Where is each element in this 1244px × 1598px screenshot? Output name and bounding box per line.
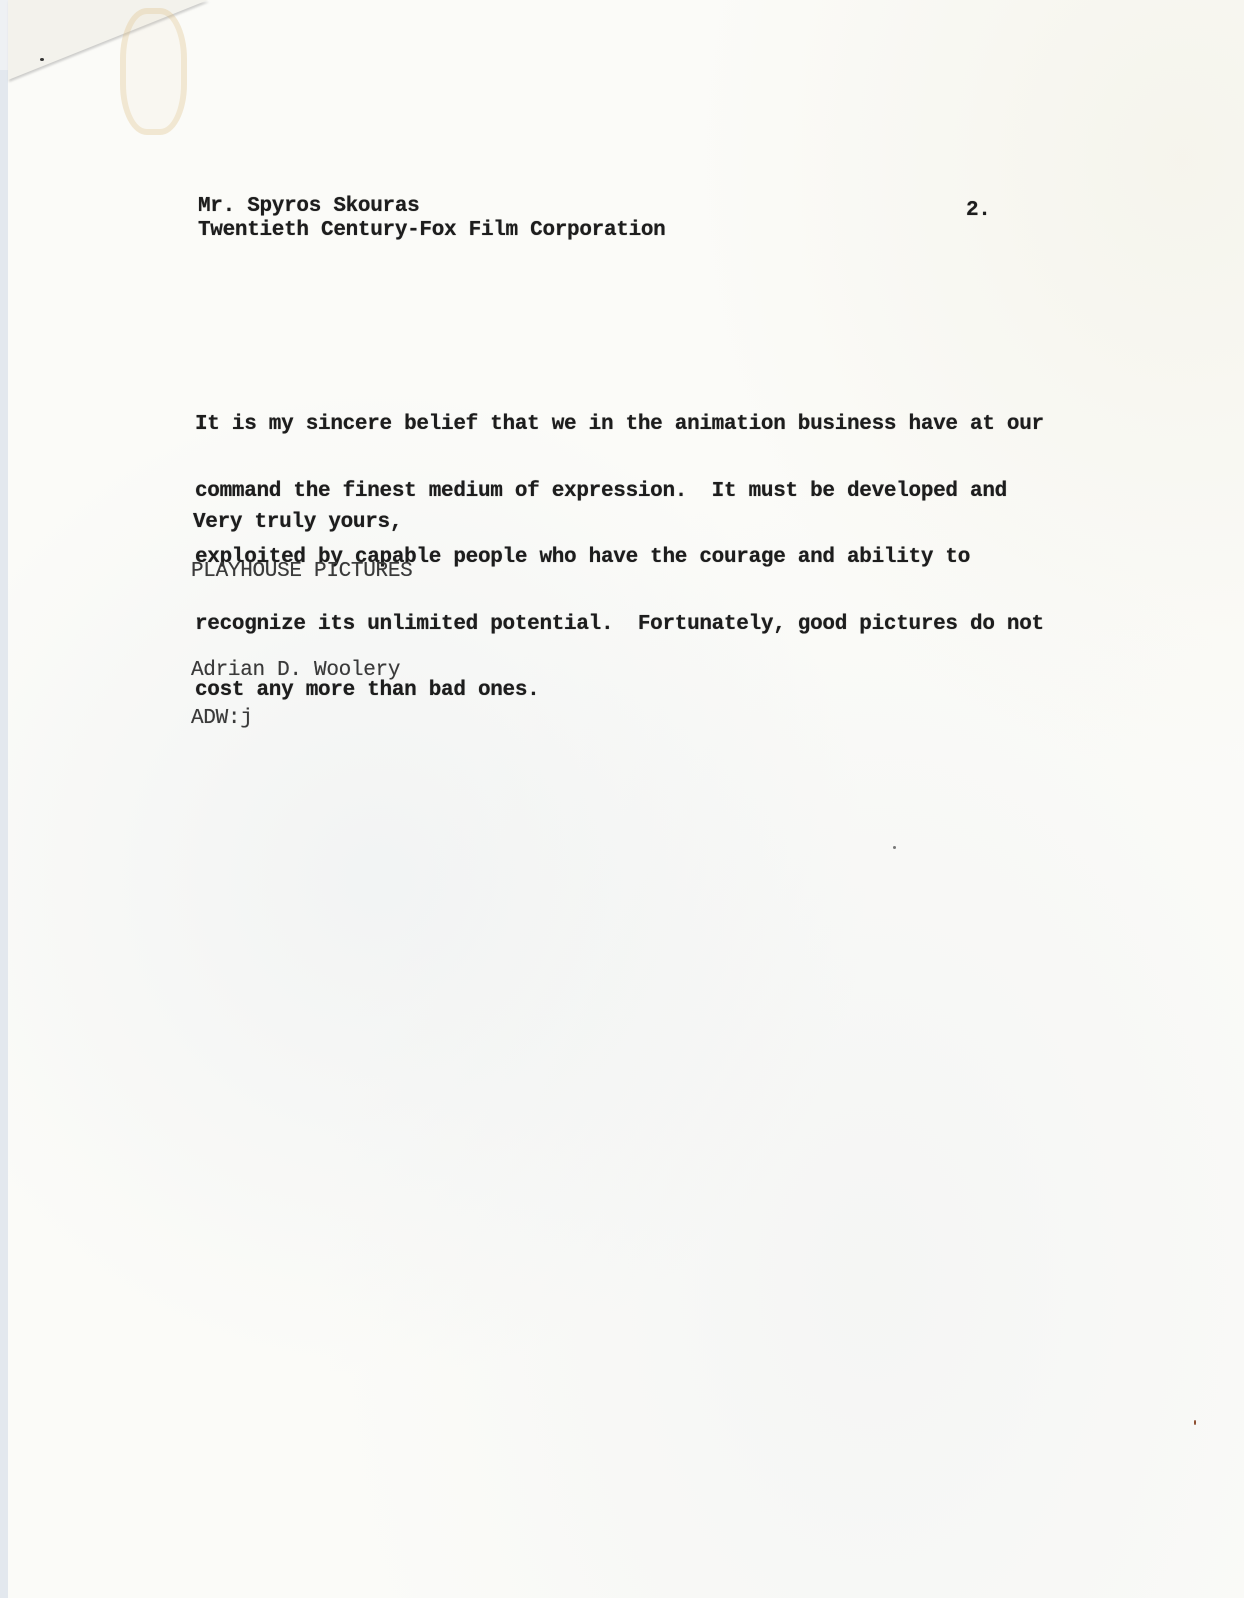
page-number: 2.: [966, 200, 991, 222]
body-line: command the finest medium of expression.…: [195, 481, 1044, 504]
letter-body: It is my sincere belief that we in the a…: [195, 370, 1044, 747]
recipient-name: Mr. Spyros Skouras: [198, 196, 419, 218]
reference-initials: ADW:j: [191, 708, 253, 730]
body-line: It is my sincere belief that we in the a…: [195, 414, 1044, 437]
letter-page: Mr. Spyros Skouras Twentieth Century-Fox…: [8, 0, 1244, 1598]
signer-name: Adrian D. Woolery: [191, 660, 400, 682]
paper-clip-stain: [120, 8, 187, 135]
ink-speck: [893, 846, 896, 849]
ink-speck: [1194, 1420, 1196, 1425]
scanner-background-strip: [0, 70, 8, 1598]
recipient-company: Twentieth Century-Fox Film Corporation: [198, 220, 665, 242]
ink-speck: [40, 58, 44, 61]
company-signature: PLAYHOUSE PICTURES: [191, 561, 412, 583]
body-line: cost any more than bad ones.: [195, 680, 1044, 703]
closing-salutation: Very truly yours,: [193, 512, 402, 534]
body-line: recognize its unlimited potential. Fortu…: [195, 614, 1044, 637]
